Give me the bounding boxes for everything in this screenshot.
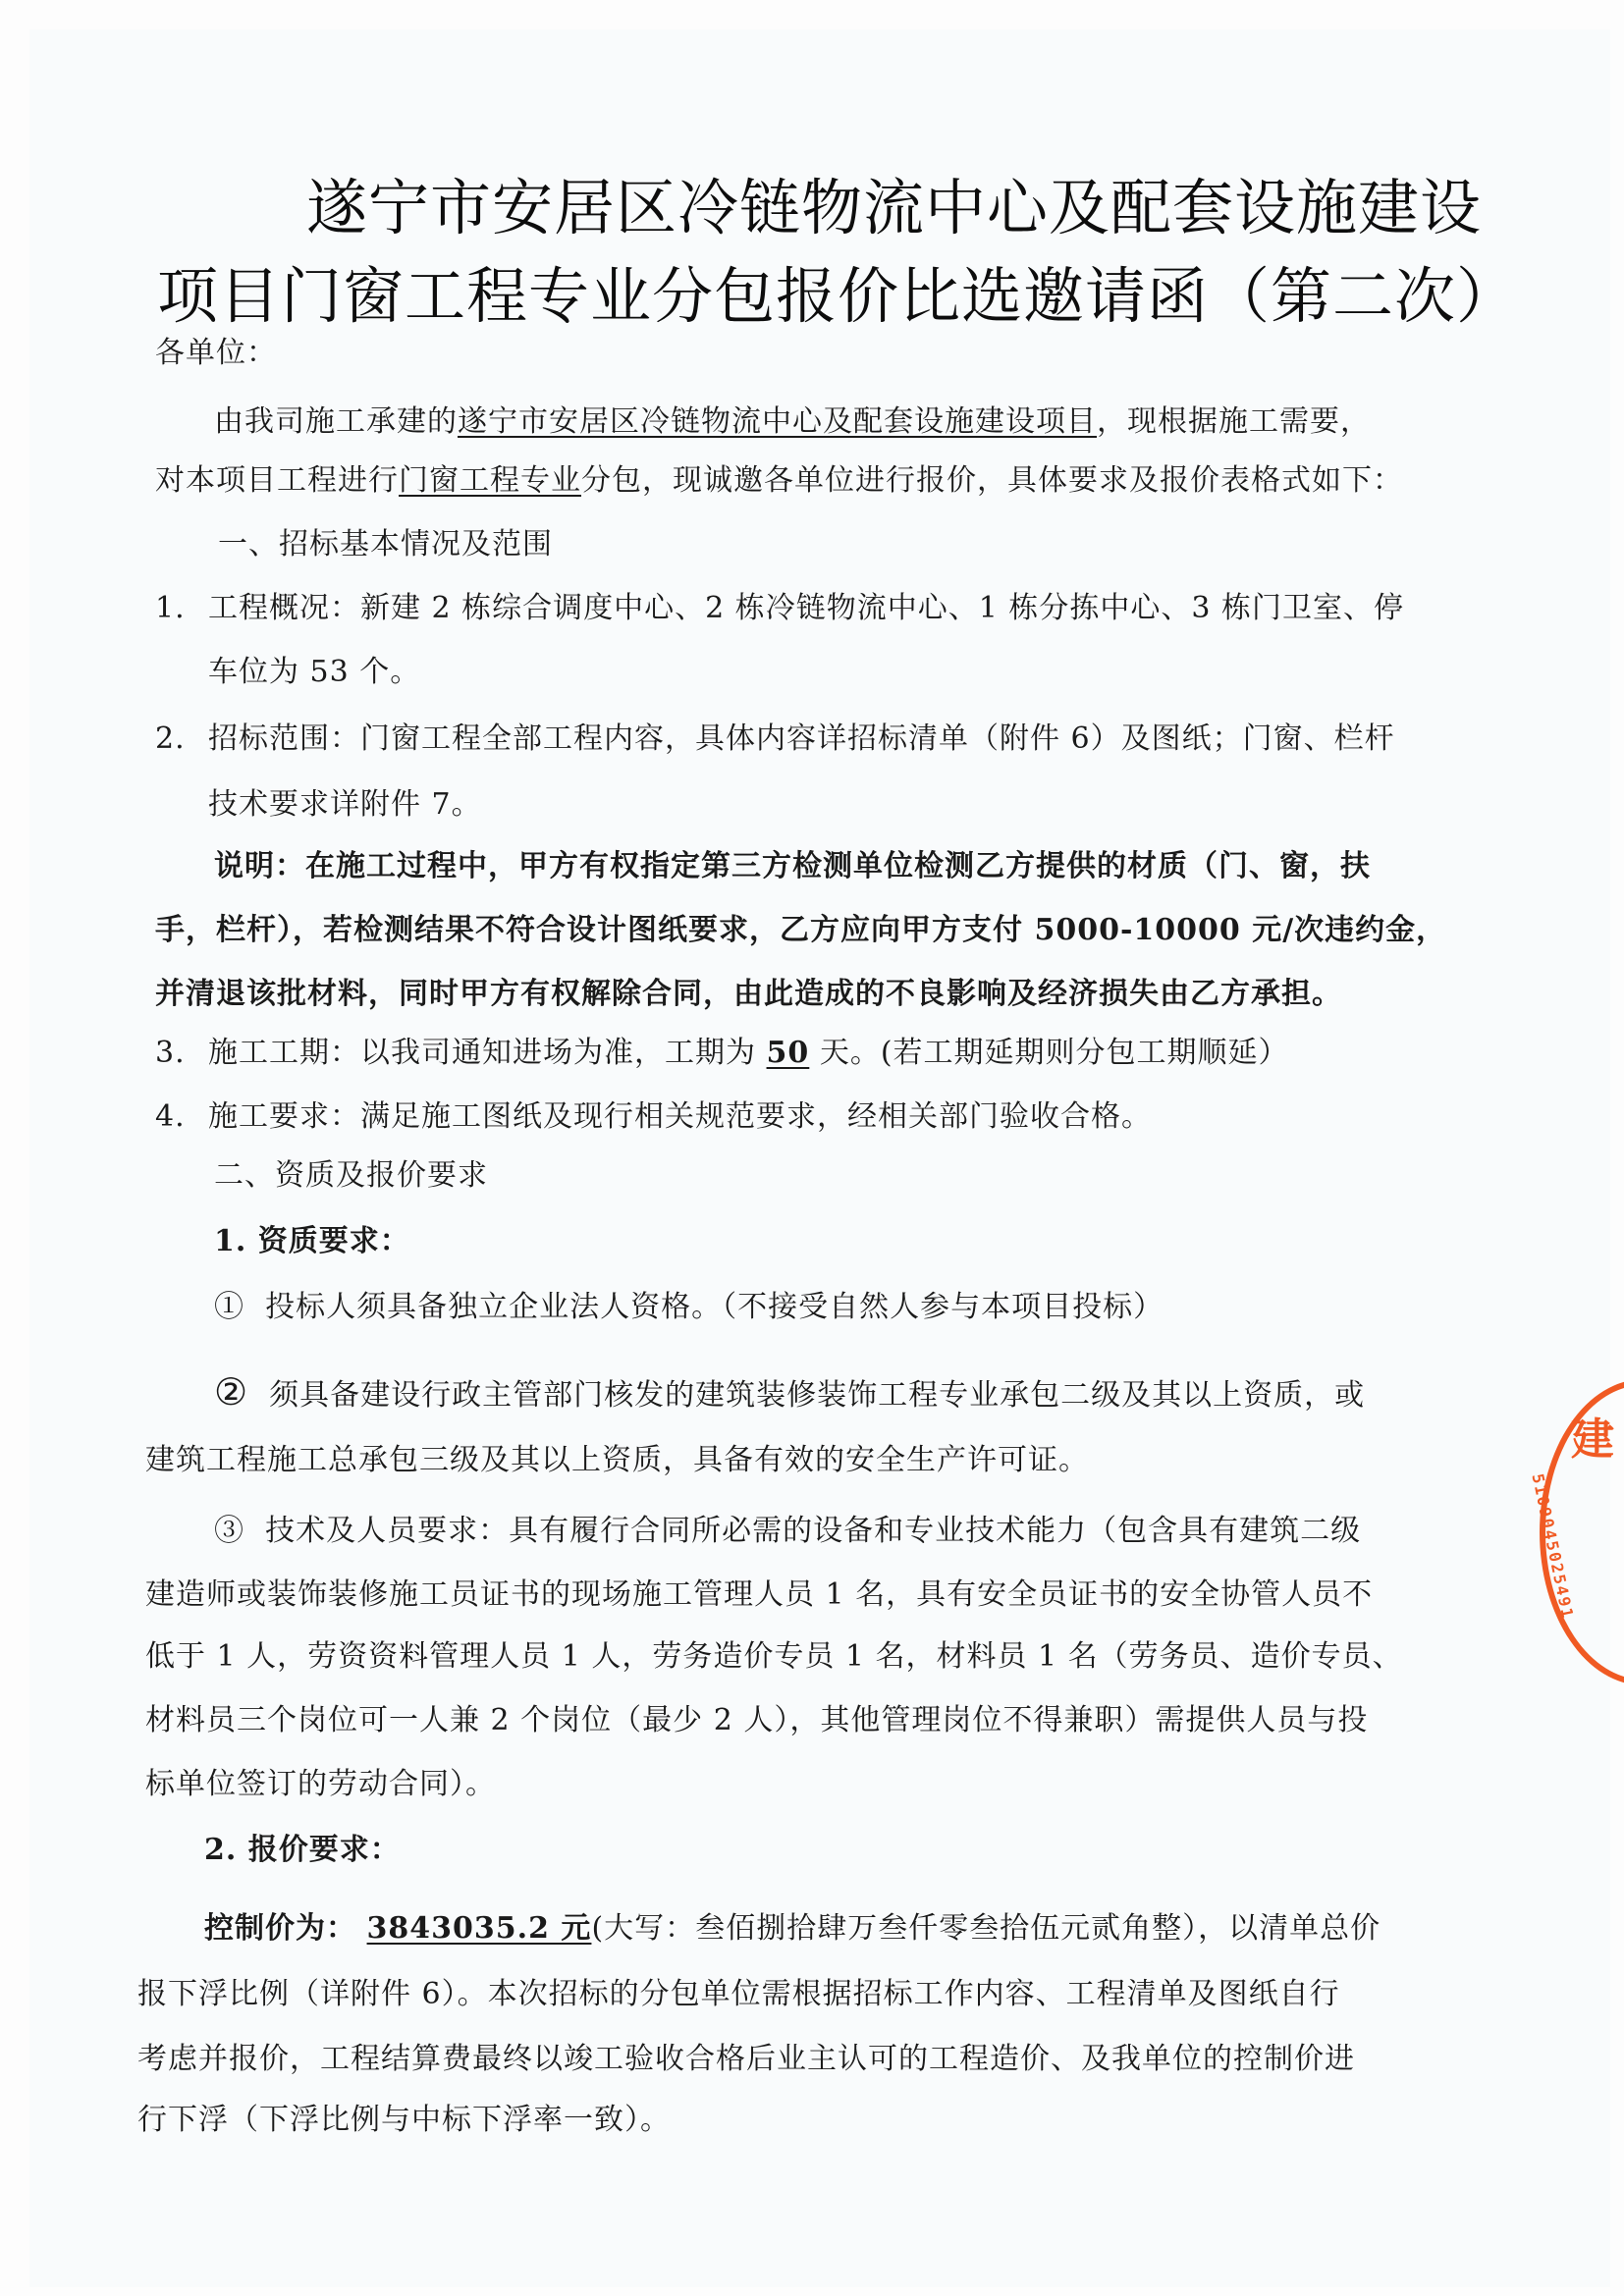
item-text: 工程概况：新建 2 栋综合调度中心、2 栋冷链物流中心、1 栋分拣中心、3 栋门… [208,591,1404,625]
document-title-line1: 遂宁市安居区冷链物流中心及配套设施建设 [306,159,1482,246]
item-text: 天。(若工期延期则分包工期顺延） [809,1036,1288,1070]
salutation: 各单位： [155,334,277,373]
note-line3: 并清退该批材料，同时甲方有权解除合同，由此造成的不良影响及经济损失由乙方承担。 [155,975,1342,1014]
item-number: 1. [155,589,208,628]
item-text: 施工工期：以我司通知进场为准，工期为 [208,1036,767,1070]
qualification-item3-line2: 建造师或装饰装修施工员证书的现场施工管理人员 1 名，具有安全员证书的安全协管人… [145,1575,1373,1615]
penalty-amount: 5000-10000 [1034,913,1240,947]
qualification-item3-line5: 标单位签订的劳动合同）。 [145,1765,496,1804]
control-price: 3843035.2 元 [367,1911,592,1946]
note-line1: 说明：在施工过程中，甲方有权指定第三方检测单位检测乙方提供的材质（门、窗，扶 [214,847,1371,886]
note-text: 元/次违约金， [1241,913,1446,947]
qualification-heading: 1. 资质要求： [214,1222,410,1261]
circled-number: ① [214,1290,244,1324]
quote-line2: 报下浮比例（详附件 6）。本次招标的分包单位需根据招标工作内容、工程清单及图纸自… [137,1975,1340,2014]
section1-item2-line1: 2.招标范围：门窗工程全部工程内容，具体内容详招标清单（附件 6）及图纸；门窗、… [155,720,1395,759]
seal-character: 建 [1571,1404,1614,1467]
circled-number: ③ [214,1514,244,1548]
item-number: 2. [155,720,208,759]
quote-line4: 行下浮（下浮比例与中标下浮率一致）。 [137,2101,671,2140]
project-name: 遂宁市安居区冷链物流中心及配套设施建设项目 [458,404,1097,439]
qualification-item2-line2: 建筑工程施工总承包三级及其以上资质，具备有效的安全生产许可证。 [145,1441,1089,1480]
note-text: 手，栏杆），若检测结果不符合设计图纸要求，乙方应向甲方支付 [155,913,1034,947]
price-label: 控制价为： [204,1911,356,1946]
item-text: 投标人须具备独立企业法人资格。（不接受自然人参与本项目投标） [265,1290,1164,1324]
item-text: 技术及人员要求：具有履行合同所必需的设备和专业技术能力（包含具有建筑二级 [265,1514,1361,1548]
item-text: 施工要求：满足施工图纸及现行相关规范要求，经相关部门验收合格。 [208,1099,1152,1134]
intro-prefix-2: 对本项目工程进行 [155,463,399,498]
quote-line1: 控制价为： 3843035.2 元(大写：叁佰捌拾肆万叁仟零叁拾伍元贰角整），以… [204,1909,1380,1949]
intro-prefix: 由我司施工承建的 [214,404,458,439]
price-words: (大写：叁佰捌拾肆万叁仟零叁拾伍元贰角整），以清单总价 [591,1911,1380,1946]
intro-paragraph-line1: 由我司施工承建的遂宁市安居区冷链物流中心及配套设施建设项目，现根据施工需要， [214,402,1371,442]
note-line2: 手，栏杆），若检测结果不符合设计图纸要求，乙方应向甲方支付 5000-10000… [155,911,1446,950]
section1-item1-line2: 车位为 53 个。 [208,653,420,692]
qualification-item3-line1: ③ 技术及人员要求：具有履行合同所必需的设备和专业技术能力（包含具有建筑二级 [214,1512,1361,1551]
qualification-item1: ① 投标人须具备独立企业法人资格。（不接受自然人参与本项目投标） [214,1288,1164,1327]
qualification-item2-line1: ② 须具备建设行政主管部门核发的建筑装修装饰工程专业承包二级及其以上资质，或 [214,1372,1365,1415]
section1-item3: 3.施工工期：以我司通知进场为准，工期为 50 天。(若工期延期则分包工期顺延） [155,1034,1289,1073]
section1-item1-line1: 1.工程概况：新建 2 栋综合调度中心、2 栋冷链物流中心、1 栋分拣中心、3 … [155,589,1404,628]
section1-item4: 4.施工要求：满足施工图纸及现行相关规范要求，经相关部门验收合格。 [155,1097,1152,1137]
quote-heading: 2. 报价要求： [204,1831,401,1870]
section2-heading: 二、资质及报价要求 [214,1156,488,1196]
item-text: 须具备建设行政主管部门核发的建筑装修装饰工程专业承包二级及其以上资质，或 [269,1378,1365,1413]
qualification-item3-line4: 材料员三个岗位可一人兼 2 个岗位（最少 2 人），其他管理岗位不得兼职）需提供… [145,1701,1368,1740]
qualification-item3-line3: 低于 1 人，劳资资料管理人员 1 人，劳务造价专员 1 名，材料员 1 名（劳… [145,1637,1403,1677]
intro-suffix-2: 分包，现诚邀各单位进行报价，具体要求及报价表格式如下： [581,463,1403,498]
quote-line3: 考虑并报价，工程结算费最终以竣工验收合格后业主认可的工程造价、及我单位的控制价进 [137,2040,1355,2079]
section1-heading: 一、招标基本情况及范围 [218,525,553,564]
intro-suffix: ，现根据施工需要， [1097,404,1371,439]
document-title-line2: 项目门窗工程专业分包报价比选邀请函（第二次） [157,247,1518,335]
circled-number: ② [214,1370,248,1414]
scope-name: 门窗工程专业 [399,463,581,498]
section1-item2-line2: 技术要求详附件 7。 [208,785,482,825]
item-text: 招标范围：门窗工程全部工程内容，具体内容详招标清单（附件 6）及图纸；门窗、栏杆 [208,721,1395,756]
item-number: 3. [155,1034,208,1073]
intro-paragraph-line2: 对本项目工程进行门窗工程专业分包，现诚邀各单位进行报价，具体要求及报价表格式如下… [155,461,1403,501]
duration-days: 50 [767,1036,810,1070]
item-number: 4. [155,1097,208,1137]
